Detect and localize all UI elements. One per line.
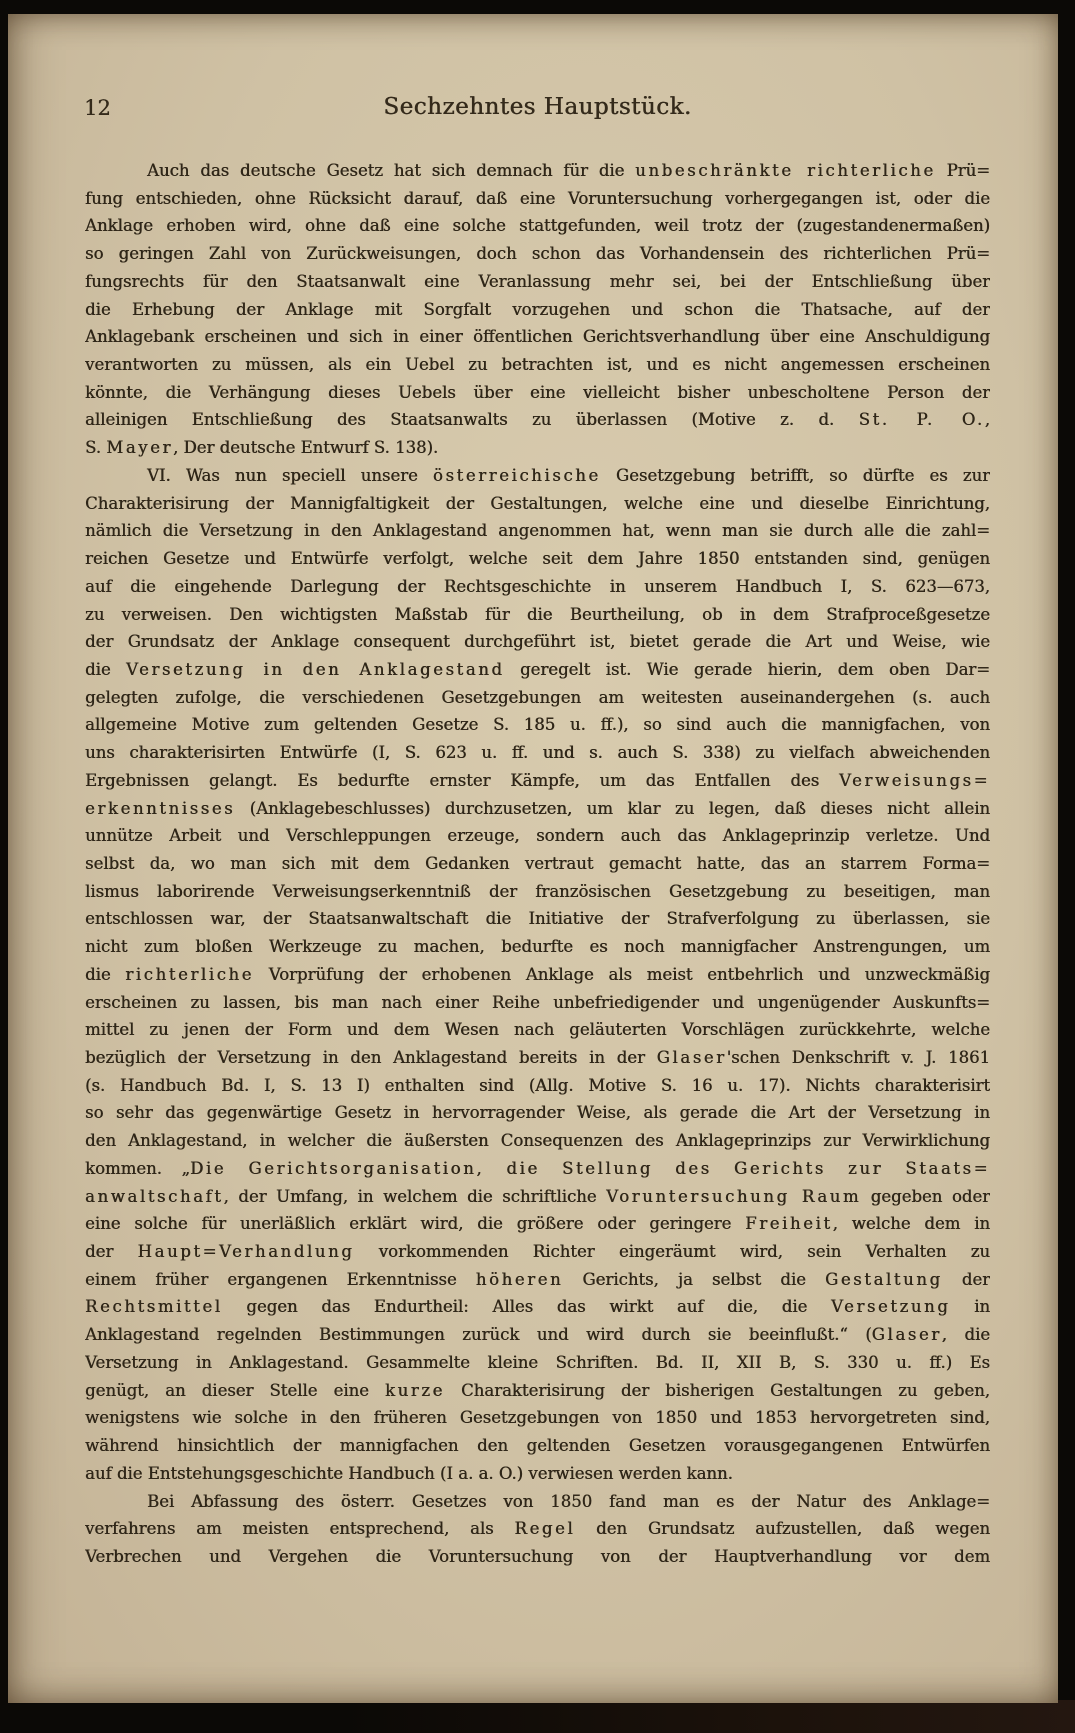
letterspaced-emphasis: Voruntersuchung Raum: [606, 1187, 861, 1206]
text-line: Bei Abfassung des österr. Gesetzes von 1…: [85, 1488, 990, 1516]
text-line: nicht zum bloßen Werkzeuge zu machen, be…: [85, 933, 990, 961]
letterspaced-emphasis: Glaser: [657, 1048, 727, 1067]
text-line: so sehr das gegenwärtige Gesetz in hervo…: [85, 1099, 990, 1127]
letterspaced-emphasis: St. P. O.: [859, 410, 985, 429]
book-page: 12 Sechzehntes Hauptstück. Auch das deut…: [8, 14, 1058, 1703]
text-line: verfahrens am meisten entsprechend, als …: [85, 1515, 990, 1543]
text-line: alleinigen Entschließung des Staatsanwal…: [85, 406, 990, 434]
letterspaced-emphasis: anwaltschaft: [85, 1187, 223, 1206]
text-line: gelegten zufolge, die verschiedenen Gese…: [85, 684, 990, 712]
text-line: auf die eingehende Darlegung der Rechtsg…: [85, 573, 990, 601]
chapter-running-header: Sechzehntes Hauptstück.: [85, 94, 990, 120]
text-line: einem früher ergangenen Erkenntnisse höh…: [85, 1266, 990, 1294]
text-line: während hinsichtlich der mannigfachen de…: [85, 1432, 990, 1460]
text-line: die Versetzung in den Anklagestand gereg…: [85, 656, 990, 684]
text-line: Auch das deutsche Gesetz hat sich demnac…: [85, 157, 990, 185]
letterspaced-emphasis: unbeschränkte richterliche: [635, 161, 936, 180]
letterspaced-emphasis: Regel: [514, 1519, 575, 1538]
text-line: eine solche für unerläßlich erklärt wird…: [85, 1210, 990, 1238]
text-line: zu verweisen. Den wichtigsten Maßstab fü…: [85, 601, 990, 629]
paragraph: Auch das deutsche Gesetz hat sich demnac…: [85, 157, 990, 462]
letterspaced-emphasis: richterliche: [125, 965, 254, 984]
text-line: unnütze Arbeit und Verschleppungen erzeu…: [85, 822, 990, 850]
letterspaced-emphasis: Versetzung: [831, 1297, 950, 1316]
letterspaced-emphasis: Glaser: [872, 1325, 942, 1344]
text-line: bezüglich der Versetzung in den Anklages…: [85, 1044, 990, 1072]
text-line: Ergebnissen gelangt. Es bedurfte ernster…: [85, 767, 990, 795]
text-line: wenigstens wie solche in den früheren Ge…: [85, 1404, 990, 1432]
text-line: selbst da, wo man sich mit dem Gedanken …: [85, 850, 990, 878]
text-block: Auch das deutsche Gesetz hat sich demnac…: [85, 157, 990, 1571]
text-line: allgemeine Motive zum geltenden Gesetze …: [85, 711, 990, 739]
text-line: erkenntnisses (Anklagebeschlusses) durch…: [85, 795, 990, 823]
text-line: Anklagebank erscheinen und sich in einer…: [85, 323, 990, 351]
text-line: fungsrechts für den Staatsanwalt eine Ve…: [85, 268, 990, 296]
letterspaced-emphasis: erkenntnisses: [85, 799, 235, 818]
text-line: kommen. „Die Gerichtsorganisation, die S…: [85, 1155, 990, 1183]
text-line: der Grundsatz der Anklage consequent dur…: [85, 628, 990, 656]
text-line: der Haupt=Verhandlung vorkommenden Richt…: [85, 1238, 990, 1266]
text-line: fung entschieden, ohne Rücksicht darauf,…: [85, 185, 990, 213]
text-line: auf die Entstehungsgeschichte Handbuch (…: [85, 1460, 990, 1488]
paragraph: VI. Was nun speciell unsere österreichis…: [85, 462, 990, 1488]
text-line: (s. Handbuch Bd. I, S. 13 I) enthalten s…: [85, 1072, 990, 1100]
text-line: anwaltschaft, der Umfang, in welchem die…: [85, 1183, 990, 1211]
text-line: lismus laborirende Verweisungserkenntniß…: [85, 878, 990, 906]
text-line: Verbrechen und Vergehen die Voruntersuch…: [85, 1543, 990, 1571]
letterspaced-emphasis: Haupt=Verhandlung: [138, 1242, 355, 1261]
letterspaced-emphasis: Rechtsmittel: [85, 1297, 223, 1316]
letterspaced-emphasis: Mayer: [106, 438, 173, 457]
text-line: Charakterisirung der Mannigfaltigkeit de…: [85, 490, 990, 518]
text-line: die Erhebung der Anklage mit Sorgfalt vo…: [85, 296, 990, 324]
letterspaced-emphasis: Verweisungs=: [839, 771, 990, 790]
text-line: erscheinen zu lassen, bis man nach einer…: [85, 989, 990, 1017]
text-line: genügt, an dieser Stelle eine kurze Char…: [85, 1377, 990, 1405]
text-line: die richterliche Vorprüfung der erhobene…: [85, 961, 990, 989]
letterspaced-emphasis: höheren: [476, 1270, 563, 1289]
letterspaced-emphasis: Freiheit: [745, 1214, 832, 1233]
text-line: mittel zu jenen der Form und dem Wesen n…: [85, 1016, 990, 1044]
text-line: S. Mayer, Der deutsche Entwurf S. 138).: [85, 434, 990, 462]
text-line: Anklage erhoben wird, ohne daß eine solc…: [85, 212, 990, 240]
text-line: reichen Gesetze und Entwürfe verfolgt, w…: [85, 545, 990, 573]
scanned-book-page-background: { "page": { "number": "12", "header_titl…: [0, 0, 1075, 1733]
text-line: nämlich die Versetzung in den Anklagesta…: [85, 517, 990, 545]
letterspaced-emphasis: Die Gerichtsorganisation, die Stellung d…: [190, 1159, 990, 1178]
text-line: Versetzung in Anklagestand. Gesammelte k…: [85, 1349, 990, 1377]
text-line: VI. Was nun speciell unsere österreichis…: [85, 462, 990, 490]
letterspaced-emphasis: Gestaltung: [825, 1270, 943, 1289]
letterspaced-emphasis: Versetzung in den Anklagestand: [126, 660, 505, 679]
text-line: uns charakterisirten Entwürfe (I, S. 623…: [85, 739, 990, 767]
letterspaced-emphasis: österreichische: [433, 466, 601, 485]
scan-border-shadow: [345, 1700, 1075, 1733]
letterspaced-emphasis: kurze: [385, 1381, 445, 1400]
text-line: könnte, die Verhängung dieses Uebels übe…: [85, 379, 990, 407]
text-line: Rechtsmittel gegen das Endurtheil: Alles…: [85, 1293, 990, 1321]
text-line: so geringen Zahl von Zurückweisungen, do…: [85, 240, 990, 268]
text-line: entschlossen war, der Staatsanwaltschaft…: [85, 905, 990, 933]
text-line: den Anklagestand, in welcher die äußerst…: [85, 1127, 990, 1155]
paragraph: Bei Abfassung des österr. Gesetzes von 1…: [85, 1488, 990, 1571]
text-line: verantworten zu müssen, als ein Uebel zu…: [85, 351, 990, 379]
text-line: Anklagestand regelnden Bestimmungen zurü…: [85, 1321, 990, 1349]
